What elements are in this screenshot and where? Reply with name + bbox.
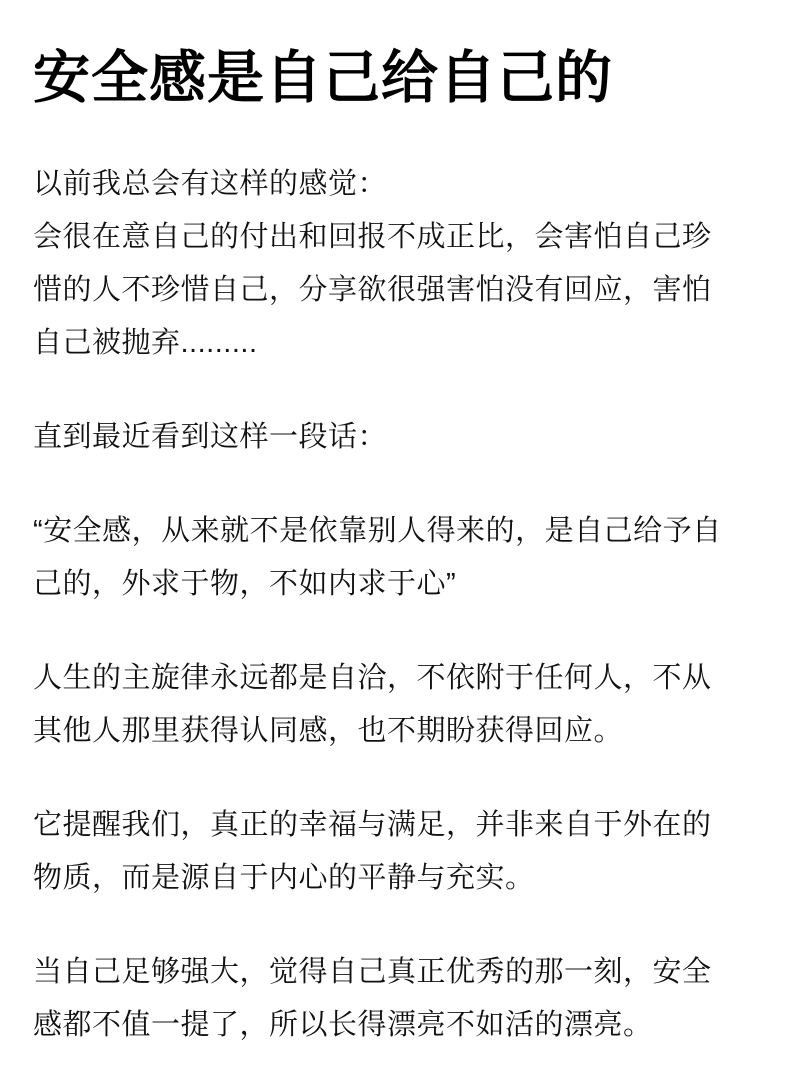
paragraph: 当自己足够强大，觉得自己真正优秀的那一刻，安全 感都不值一提了，所以长得漂亮不如… — [33, 946, 766, 1052]
body-text: 以前我总会有这样的感觉： 会很在意自己的付出和回报不成正比，会害怕自己珍 惜的人… — [33, 158, 766, 1052]
paragraph: 它提醒我们，真正的幸福与满足，并非来自于外在的 物质，而是源自于内心的平静与充实… — [33, 799, 766, 905]
paragraph: 以前我总会有这样的感觉： 会很在意自己的付出和回报不成正比，会害怕自己珍 惜的人… — [33, 158, 766, 370]
page-title: 安全感是自己给自己的 — [33, 44, 766, 112]
text-page: 安全感是自己给自己的 以前我总会有这样的感觉： 会很在意自己的付出和回报不成正比… — [0, 0, 800, 1092]
paragraph: 直到最近看到这样一段话： — [33, 411, 766, 464]
paragraph: 人生的主旋律永远都是自洽，不依附于任何人，不从 其他人那里获得认同感，也不期盼获… — [33, 652, 766, 758]
paragraph: “安全感，从来就不是依靠别人得来的，是自己给予自 己的，外求于物，不如内求于心” — [33, 505, 766, 611]
